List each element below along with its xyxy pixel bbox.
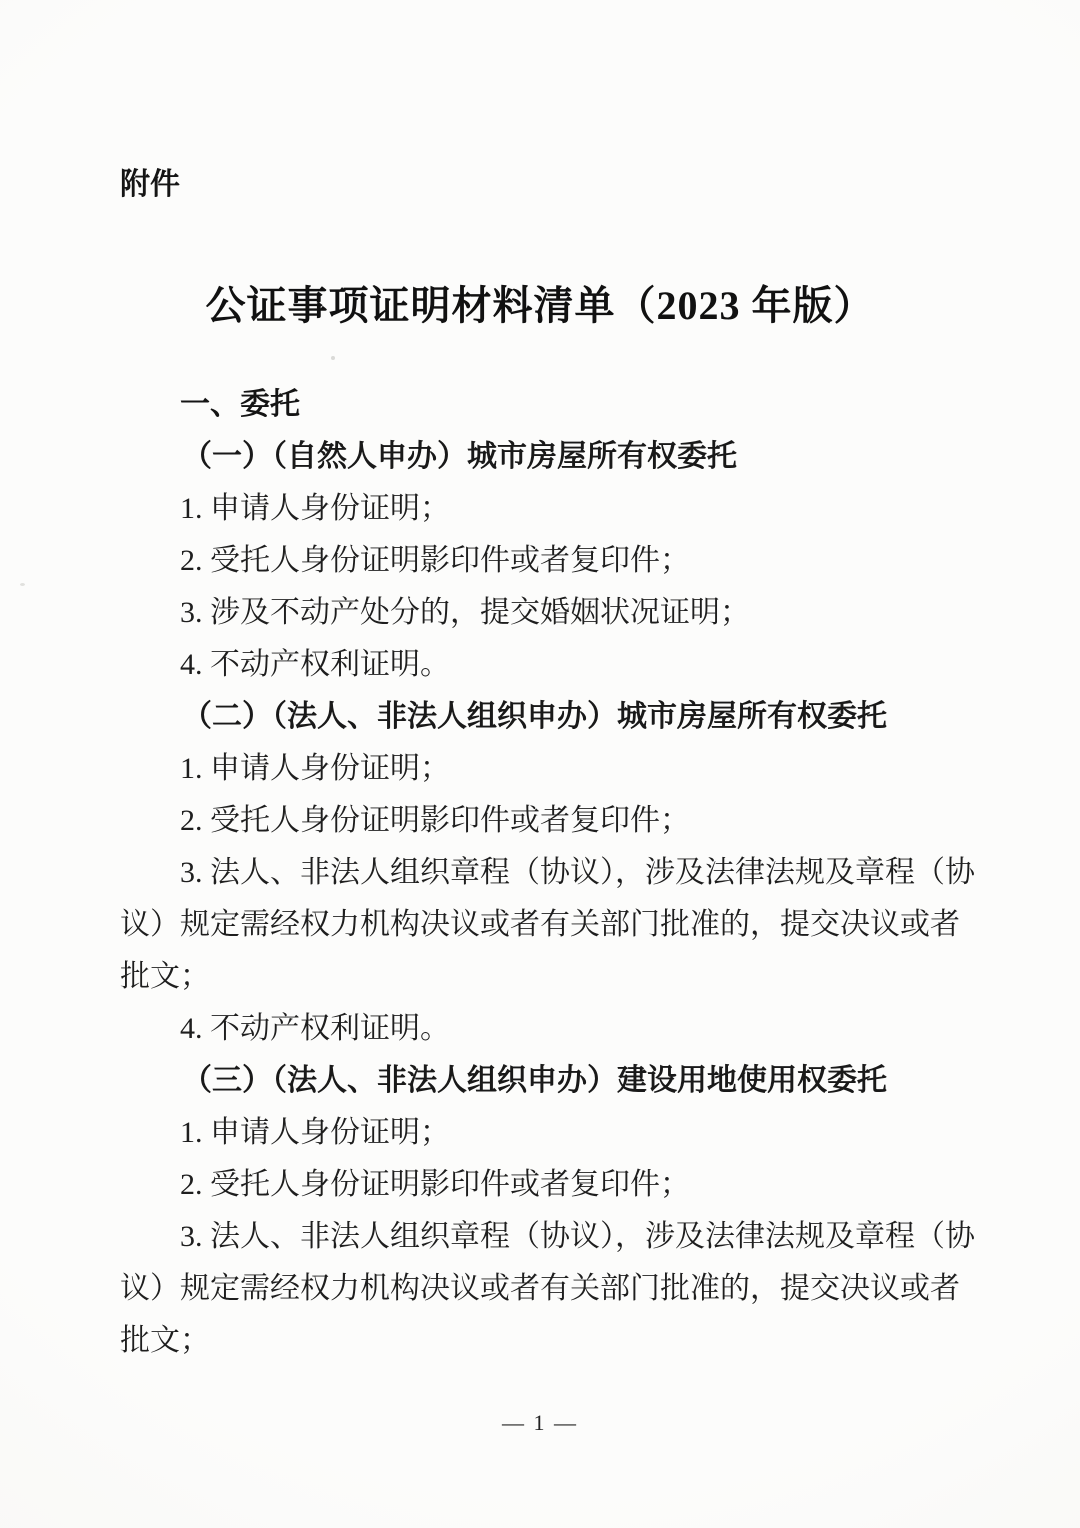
attachment-label: 附件	[120, 168, 180, 201]
list-item: 3. 法人、非法人组织章程（协议），涉及法律法规及章程（协 议）规定需经权力机构…	[120, 1211, 976, 1367]
scanned-document-page: 附件 公证事项证明材料清单（2023 年版） 一、委托 （一）（自然人申办）城市…	[0, 0, 1080, 1528]
subsection-heading-1: （一）（自然人申办）城市房屋所有权委托	[120, 431, 976, 483]
list-item: 3. 法人、非法人组织章程（协议），涉及法律法规及章程（协 议）规定需经权力机构…	[120, 847, 976, 1003]
list-item: 1. 申请人身份证明；	[120, 743, 976, 795]
list-item: 1. 申请人身份证明；	[120, 483, 976, 535]
subsection-heading-2: （二）（法人、非法人组织申办）城市房屋所有权委托	[120, 691, 976, 743]
list-item: 2. 受托人身份证明影印件或者复印件；	[120, 535, 976, 587]
scan-speck	[331, 356, 335, 360]
list-item: 1. 申请人身份证明；	[120, 1107, 976, 1159]
scan-speck	[20, 583, 25, 586]
list-item: 4. 不动产权利证明。	[120, 639, 976, 691]
document-body: 一、委托 （一）（自然人申办）城市房屋所有权委托 1. 申请人身份证明； 2. …	[120, 379, 976, 1367]
section-heading-weituo: 一、委托	[120, 379, 976, 431]
list-item: 2. 受托人身份证明影印件或者复印件；	[120, 795, 976, 847]
subsection-heading-3: （三）（法人、非法人组织申办）建设用地使用权委托	[120, 1055, 976, 1107]
list-item: 4. 不动产权利证明。	[120, 1003, 976, 1055]
document-title: 公证事项证明材料清单（2023 年版）	[0, 274, 1080, 331]
list-item: 2. 受托人身份证明影印件或者复印件；	[120, 1159, 976, 1211]
page-number: — 1 —	[0, 1410, 1080, 1436]
list-item: 3. 涉及不动产处分的，提交婚姻状况证明；	[120, 587, 976, 639]
